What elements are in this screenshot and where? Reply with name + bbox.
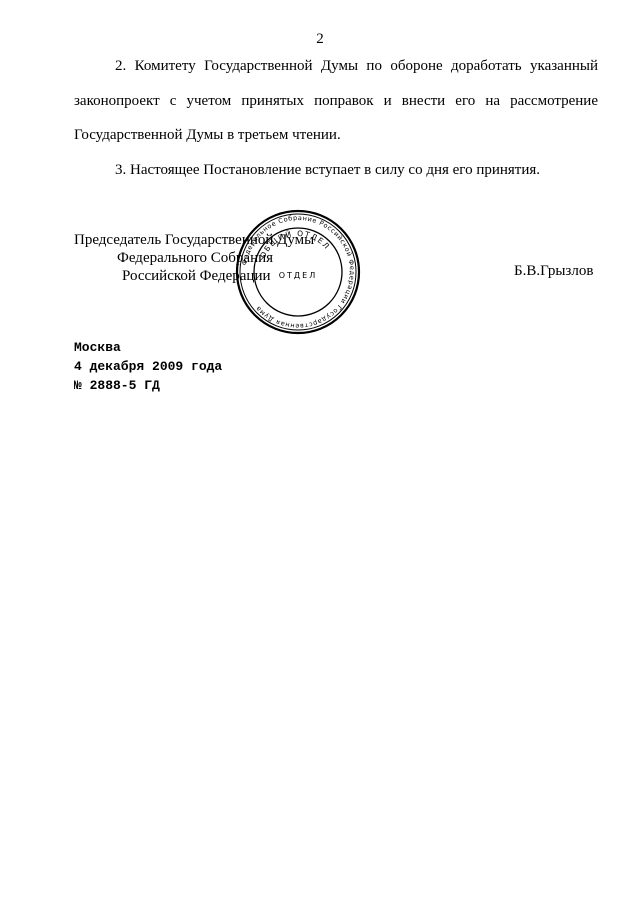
signatory-name: Б.В.Грызлов xyxy=(514,263,593,280)
stamp-inner-text: ОБЩИЙ ОТДЕЛ xyxy=(258,229,332,260)
document-footer: Москва 4 декабря 2009 года № 2888-5 ГД xyxy=(74,338,222,395)
footer-date: 4 декабря 2009 года xyxy=(74,357,222,376)
footer-city: Москва xyxy=(74,338,222,357)
footer-document-number: № 2888-5 ГД xyxy=(74,376,222,395)
paragraph-2: 2. Комитету Государственной Думы по обор… xyxy=(74,49,598,153)
paragraph-3-line-1: 3. Настоящее Постановление вступает в си… xyxy=(74,153,598,188)
paragraph-2-line-2: законопроект с учетом принятых поправок … xyxy=(74,84,598,119)
svg-text:ОБЩИЙ ОТДЕЛ: ОБЩИЙ ОТДЕЛ xyxy=(258,229,332,260)
page-number: 2 xyxy=(0,31,640,48)
paragraph-2-line-1: 2. Комитету Государственной Думы по обор… xyxy=(74,49,598,84)
official-seal-icon: Федеральное Собрание Российской Федераци… xyxy=(234,208,362,336)
stamp-center-text: ОТДЕЛ xyxy=(279,271,318,280)
paragraph-3: 3. Настоящее Постановление вступает в си… xyxy=(74,153,598,188)
paragraph-2-line-3: Государственной Думы в третьем чтении. xyxy=(74,118,598,153)
